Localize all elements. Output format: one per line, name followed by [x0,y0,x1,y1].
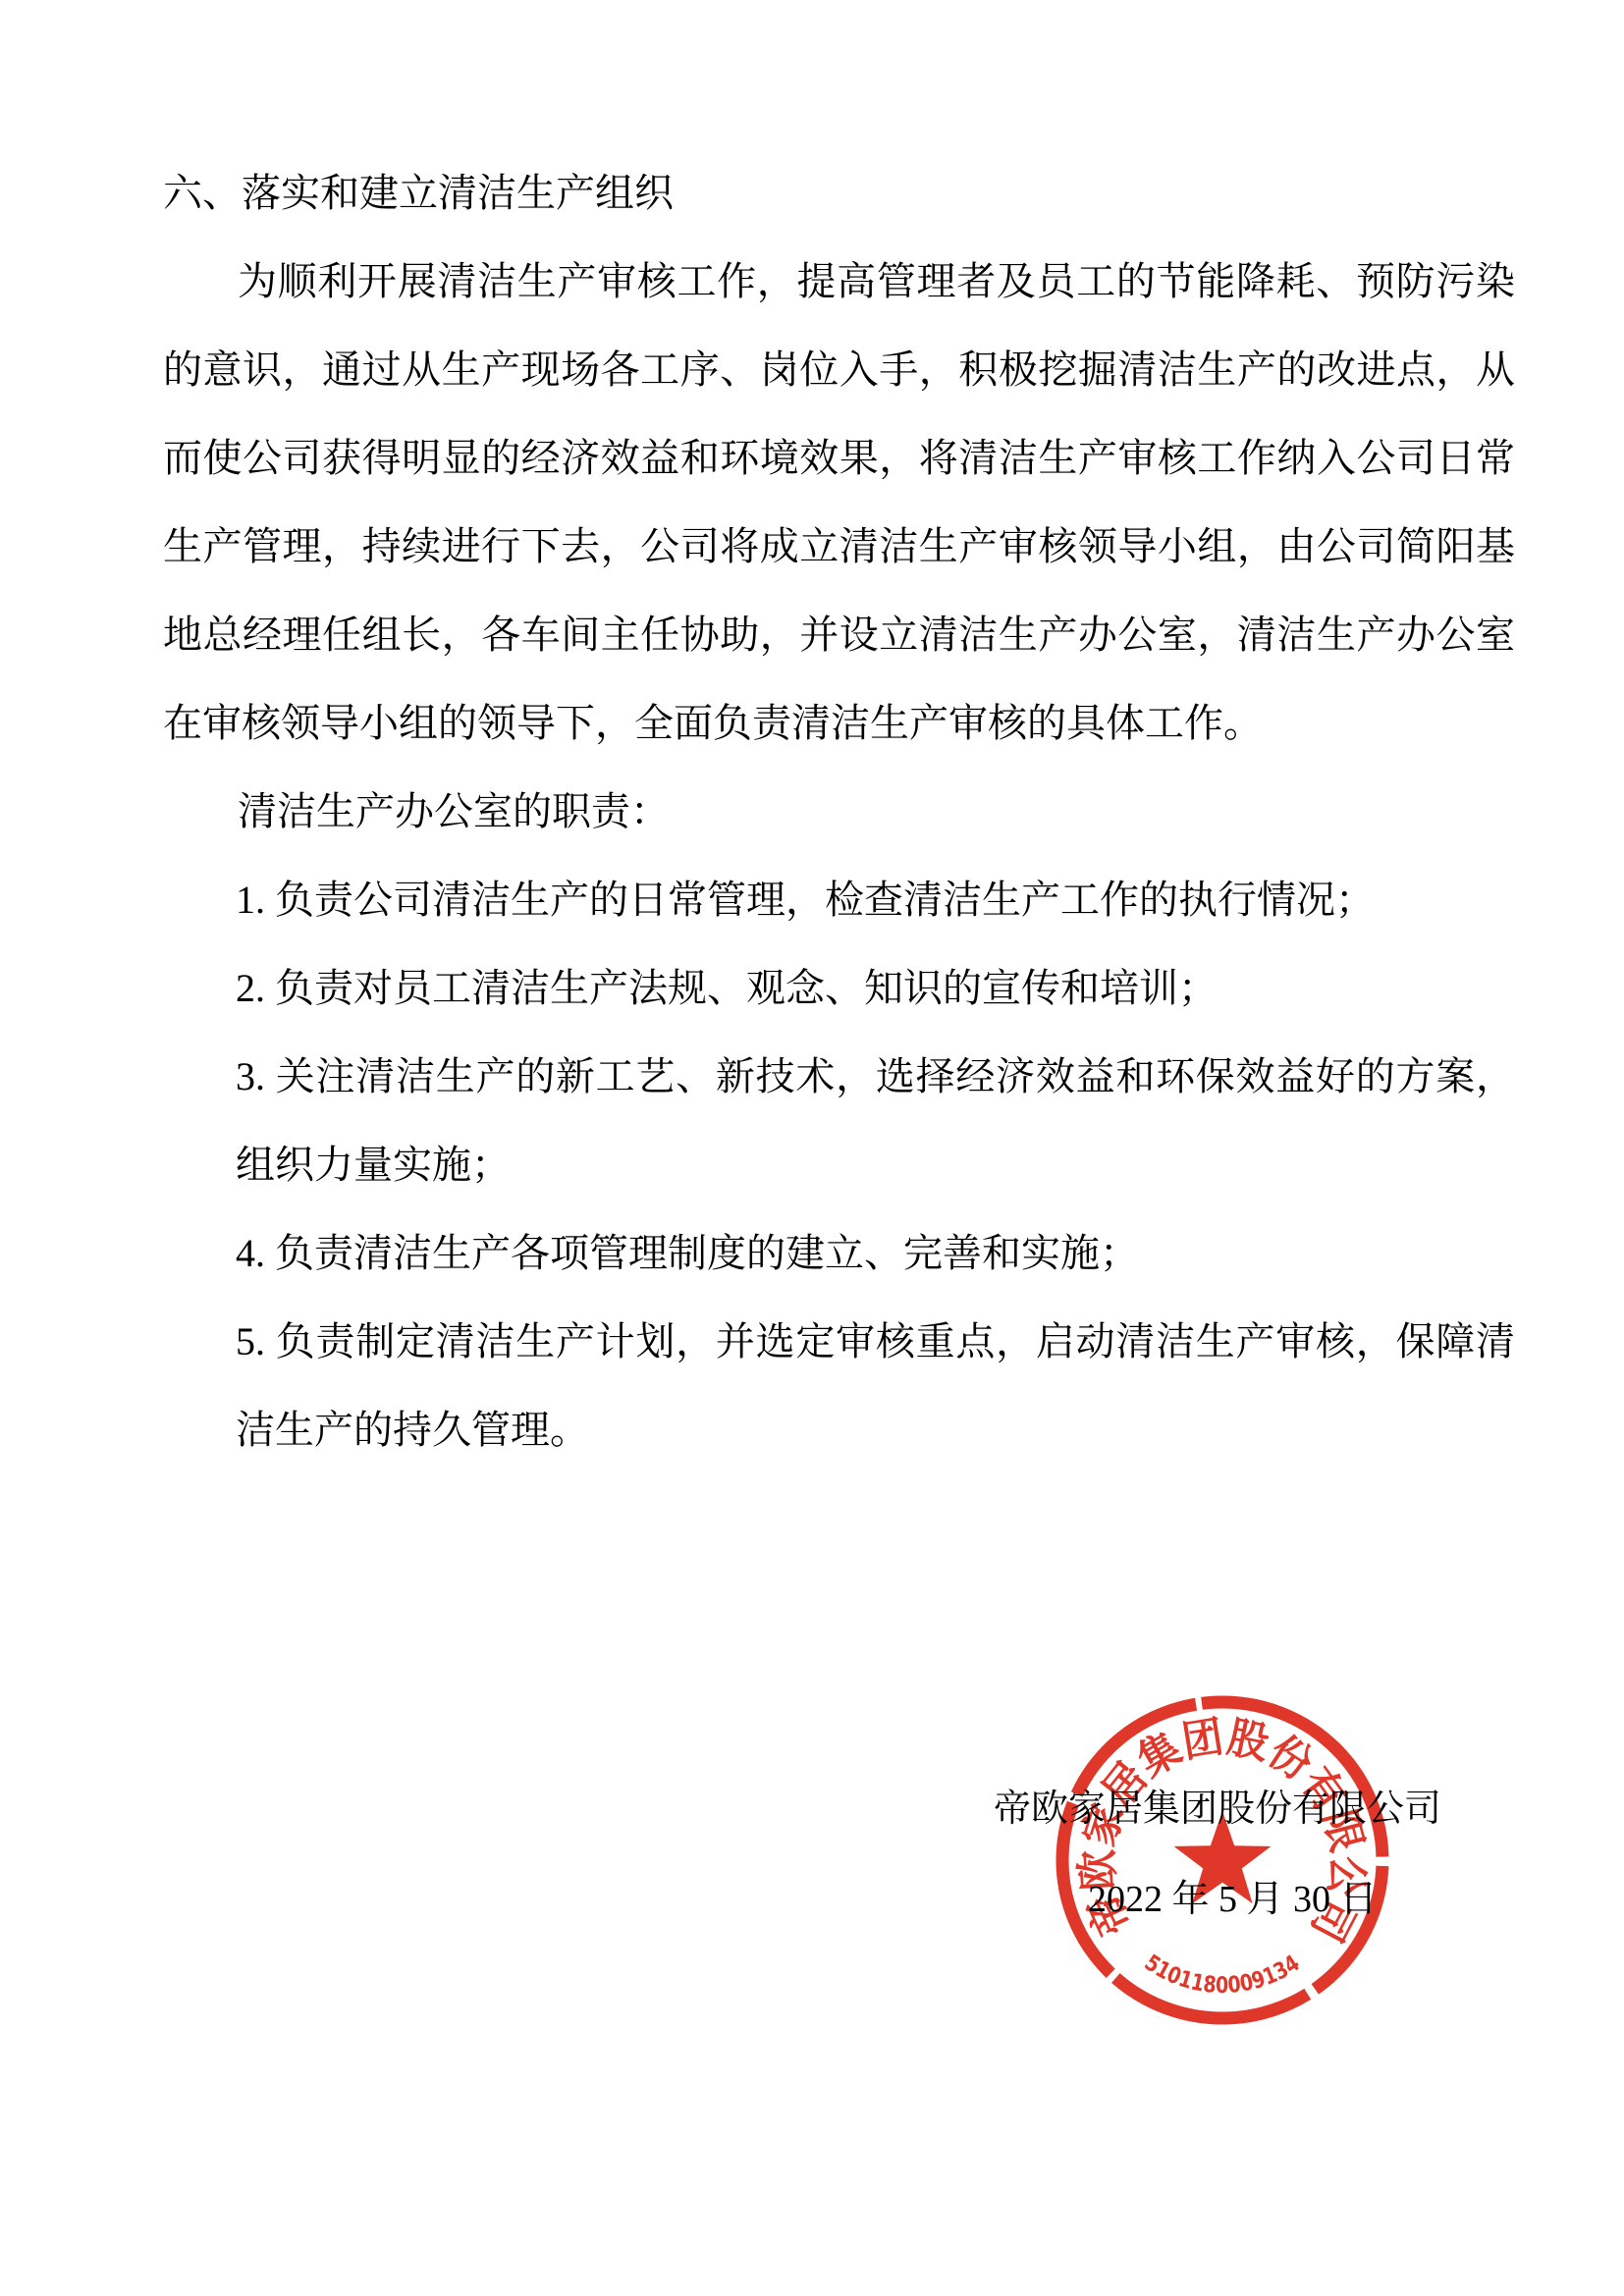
document-page: 六、落实和建立清洁生产组织 为顺利开展清洁生产审核工作，提高管理者及员工的节能降… [0,0,1624,2296]
section-heading: 六、落实和建立清洁生产组织 [163,149,1515,238]
duty-item-3: 3. 关注清洁生产的新工艺、新技术，选择经济效益和环保效益好的方案，组织力量实施… [236,1033,1515,1209]
duty-item-5: 5. 负责制定清洁生产计划，并选定审核重点，启动清洁生产审核，保障清洁生产的持久… [236,1298,1515,1474]
paragraph-cleaner-production: 为顺利开展清洁生产审核工作，提高管理者及员工的节能降耗、预防污染的意识，通过从生… [163,238,1515,768]
duty-item-1: 1. 负责公司清洁生产的日常管理，检查清洁生产工作的执行情况； [236,856,1515,944]
duty-item-4: 4. 负责清洁生产各项管理制度的建立、完善和实施； [236,1209,1515,1298]
duty-item-2: 2. 负责对员工清洁生产法规、观念、知识的宣传和培训； [236,944,1515,1033]
star-icon [1174,1811,1272,1903]
document-body: 六、落实和建立清洁生产组织 为顺利开展清洁生产审核工作，提高管理者及员工的节能降… [163,149,1515,1474]
duties-title: 清洁生产办公室的职责： [163,768,1515,856]
seal-number: 5101180009134 [1140,1950,1305,1999]
company-seal-stamp: 帝欧家居集团股份有限公司 5101180009134 [1046,1674,1399,2047]
